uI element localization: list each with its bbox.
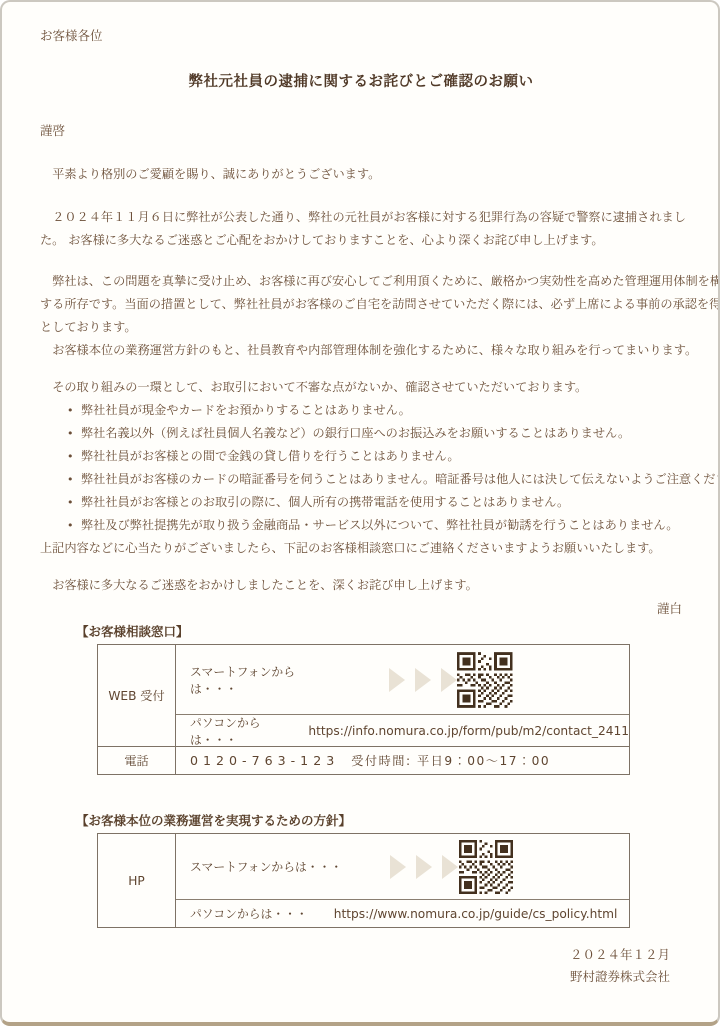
pc-label: パソコンからは・・・ [190, 905, 308, 922]
qr-code-icon [459, 840, 513, 894]
phone-row-header: 電話 [98, 746, 176, 774]
bullet-item: 弊社名義以外（例えば社員個人名義など）の銀行口座へのお振込みをお願いすることはあ… [67, 422, 682, 445]
text-line: お客様本位の業務運営方針のもと、社員教育や内部管理体制を強化するために、様々な取… [40, 339, 682, 362]
smartphone-label: スマートフォンからは・・・ [190, 858, 342, 875]
policy-url: https://www.nomura.co.jp/guide/cs_policy… [334, 907, 618, 921]
bullet-item: 弊社社員が現金やカードをお預かりすることはありません。 [67, 399, 682, 422]
policy-table: HP スマートフォンからは・・・ パソコンからは・・・ https://www.… [97, 833, 630, 928]
right-arrow-icon [442, 855, 458, 879]
contact-section-label: 【お客様相談窓口】 [76, 622, 682, 640]
paragraph-apology: お客様に多大なるご迷惑をおかけしましたことを、深くお詫び申し上げます。 [40, 574, 682, 597]
pc-row: パソコンからは・・・ https://info.nomura.co.jp/for… [176, 715, 629, 746]
qr-code-icon [457, 652, 513, 708]
pc-row: パソコンからは・・・ https://www.nomura.co.jp/guid… [176, 900, 629, 927]
letter-date: ２０２４年１２月 [40, 944, 670, 966]
caution-bullet-list: 弊社社員が現金やカードをお預かりすることはありません。 弊社名義以外（例えば社員… [40, 399, 682, 537]
bullet-item: 弊社社員がお客様との間で金銭の貸し借りを行うことはありません。 [67, 445, 682, 468]
salutation: お客様各位 [40, 26, 682, 44]
contact-table: WEB 受付 スマートフォンからは・・・ パソコンからは・・・ https://… [97, 644, 630, 775]
phone-number: 0120-763-123 [190, 753, 339, 768]
page-title: 弊社元社員の逮捕に関するお詫びとご確認のお願い [40, 70, 682, 91]
smartphone-row: スマートフォンからは・・・ [176, 645, 629, 715]
triple-right-arrows-icon [390, 855, 458, 879]
right-arrow-icon [416, 855, 432, 879]
text-line: 上記内容などに心当たりがございましたら、下記のお客様相談窓口にご連絡くださいます… [40, 537, 682, 560]
text-line: 弊社は、この問題を真摯に受け止め、お客様に再び安心してご利用頂くために、厳格かつ… [40, 270, 682, 293]
paragraph-announcement: ２０２４年１１月６日に弊社が公表した通り、弊社の元社員がお客様に対する犯罪行為の… [40, 206, 682, 252]
paragraph-greeting: 平素より格別のご愛顧を賜り、誠にありがとうございます。 [40, 163, 682, 186]
smartphone-label: スマートフォンからは・・・ [190, 663, 341, 697]
paragraph-contact-note: 上記内容などに心当たりがございましたら、下記のお客様相談窓口にご連絡くださいます… [40, 537, 682, 560]
bullet-item: 弊社及び弊社提携先が取り扱う金融商品・サービス以外について、弊社社員が勧誘を行う… [67, 514, 682, 537]
paragraph-check-intro: その取り組みの一環として、お取引において不審な点がないか、確認させていただいてお… [40, 376, 682, 399]
right-arrow-icon [441, 668, 457, 692]
phone-row: 0120-763-123 受付時間: 平日9：00～17：00 [176, 746, 629, 774]
phone-hours: 受付時間: 平日9：00～17：00 [351, 752, 550, 769]
text-line: た。 お客様に多大なるご迷惑とご心配をおかけしておりますことを、心より深くお詫び… [40, 229, 682, 252]
smartphone-row: スマートフォンからは・・・ [176, 834, 629, 900]
pc-label: パソコンからは・・・ [190, 714, 282, 748]
company-name: 野村證券株式会社 [40, 966, 670, 988]
text-line: ２０２４年１１月６日に弊社が公表した通り、弊社の元社員がお客様に対する犯罪行為の… [40, 206, 682, 229]
right-arrow-icon [415, 668, 431, 692]
text-line: 平素より格別のご愛顧を賜り、誠にありがとうございます。 [40, 163, 682, 186]
right-arrow-icon [390, 855, 406, 879]
bullet-item: 弊社社員がお客様のカードの暗証番号を伺うことはありません。暗証番号は他人には決し… [67, 468, 682, 491]
web-row-header: WEB 受付 [98, 645, 176, 746]
policy-section-label: 【お客様本位の業務運営を実現するための方針】 [76, 811, 682, 829]
paragraph-policy: お客様本位の業務運営方針のもと、社員教育や内部管理体制を強化するために、様々な取… [40, 339, 682, 362]
contact-url: https://info.nomura.co.jp/form/pub/m2/co… [308, 724, 629, 738]
text-line: としております。 [40, 316, 682, 339]
bullet-item: 弊社社員がお客様とのお取引の際に、個人所有の携帯電話を使用することはありません。 [67, 491, 682, 514]
letter-document: お客様各位 弊社元社員の逮捕に関するお詫びとご確認のお願い 謹啓 平素より格別の… [0, 0, 720, 1026]
text-line: その取り組みの一環として、お取引において不審な点がないか、確認させていただいてお… [40, 376, 682, 399]
hp-row-header: HP [98, 834, 176, 927]
right-arrow-icon [389, 668, 405, 692]
text-line: お客様に多大なるご迷惑をおかけしましたことを、深くお詫び申し上げます。 [40, 574, 682, 597]
triple-right-arrows-icon [389, 668, 457, 692]
text-line: する所存です。当面の措置として、弊社社員がお客様のご自宅を訪問させていただく際に… [40, 293, 682, 316]
opening-word: 謹啓 [40, 121, 682, 139]
footer-block: ２０２４年１２月 野村證券株式会社 [40, 944, 682, 988]
closing-word: 謹白 [40, 597, 682, 620]
paragraph-measures: 弊社は、この問題を真摯に受け止め、お客様に再び安心してご利用頂くために、厳格かつ… [40, 270, 682, 339]
